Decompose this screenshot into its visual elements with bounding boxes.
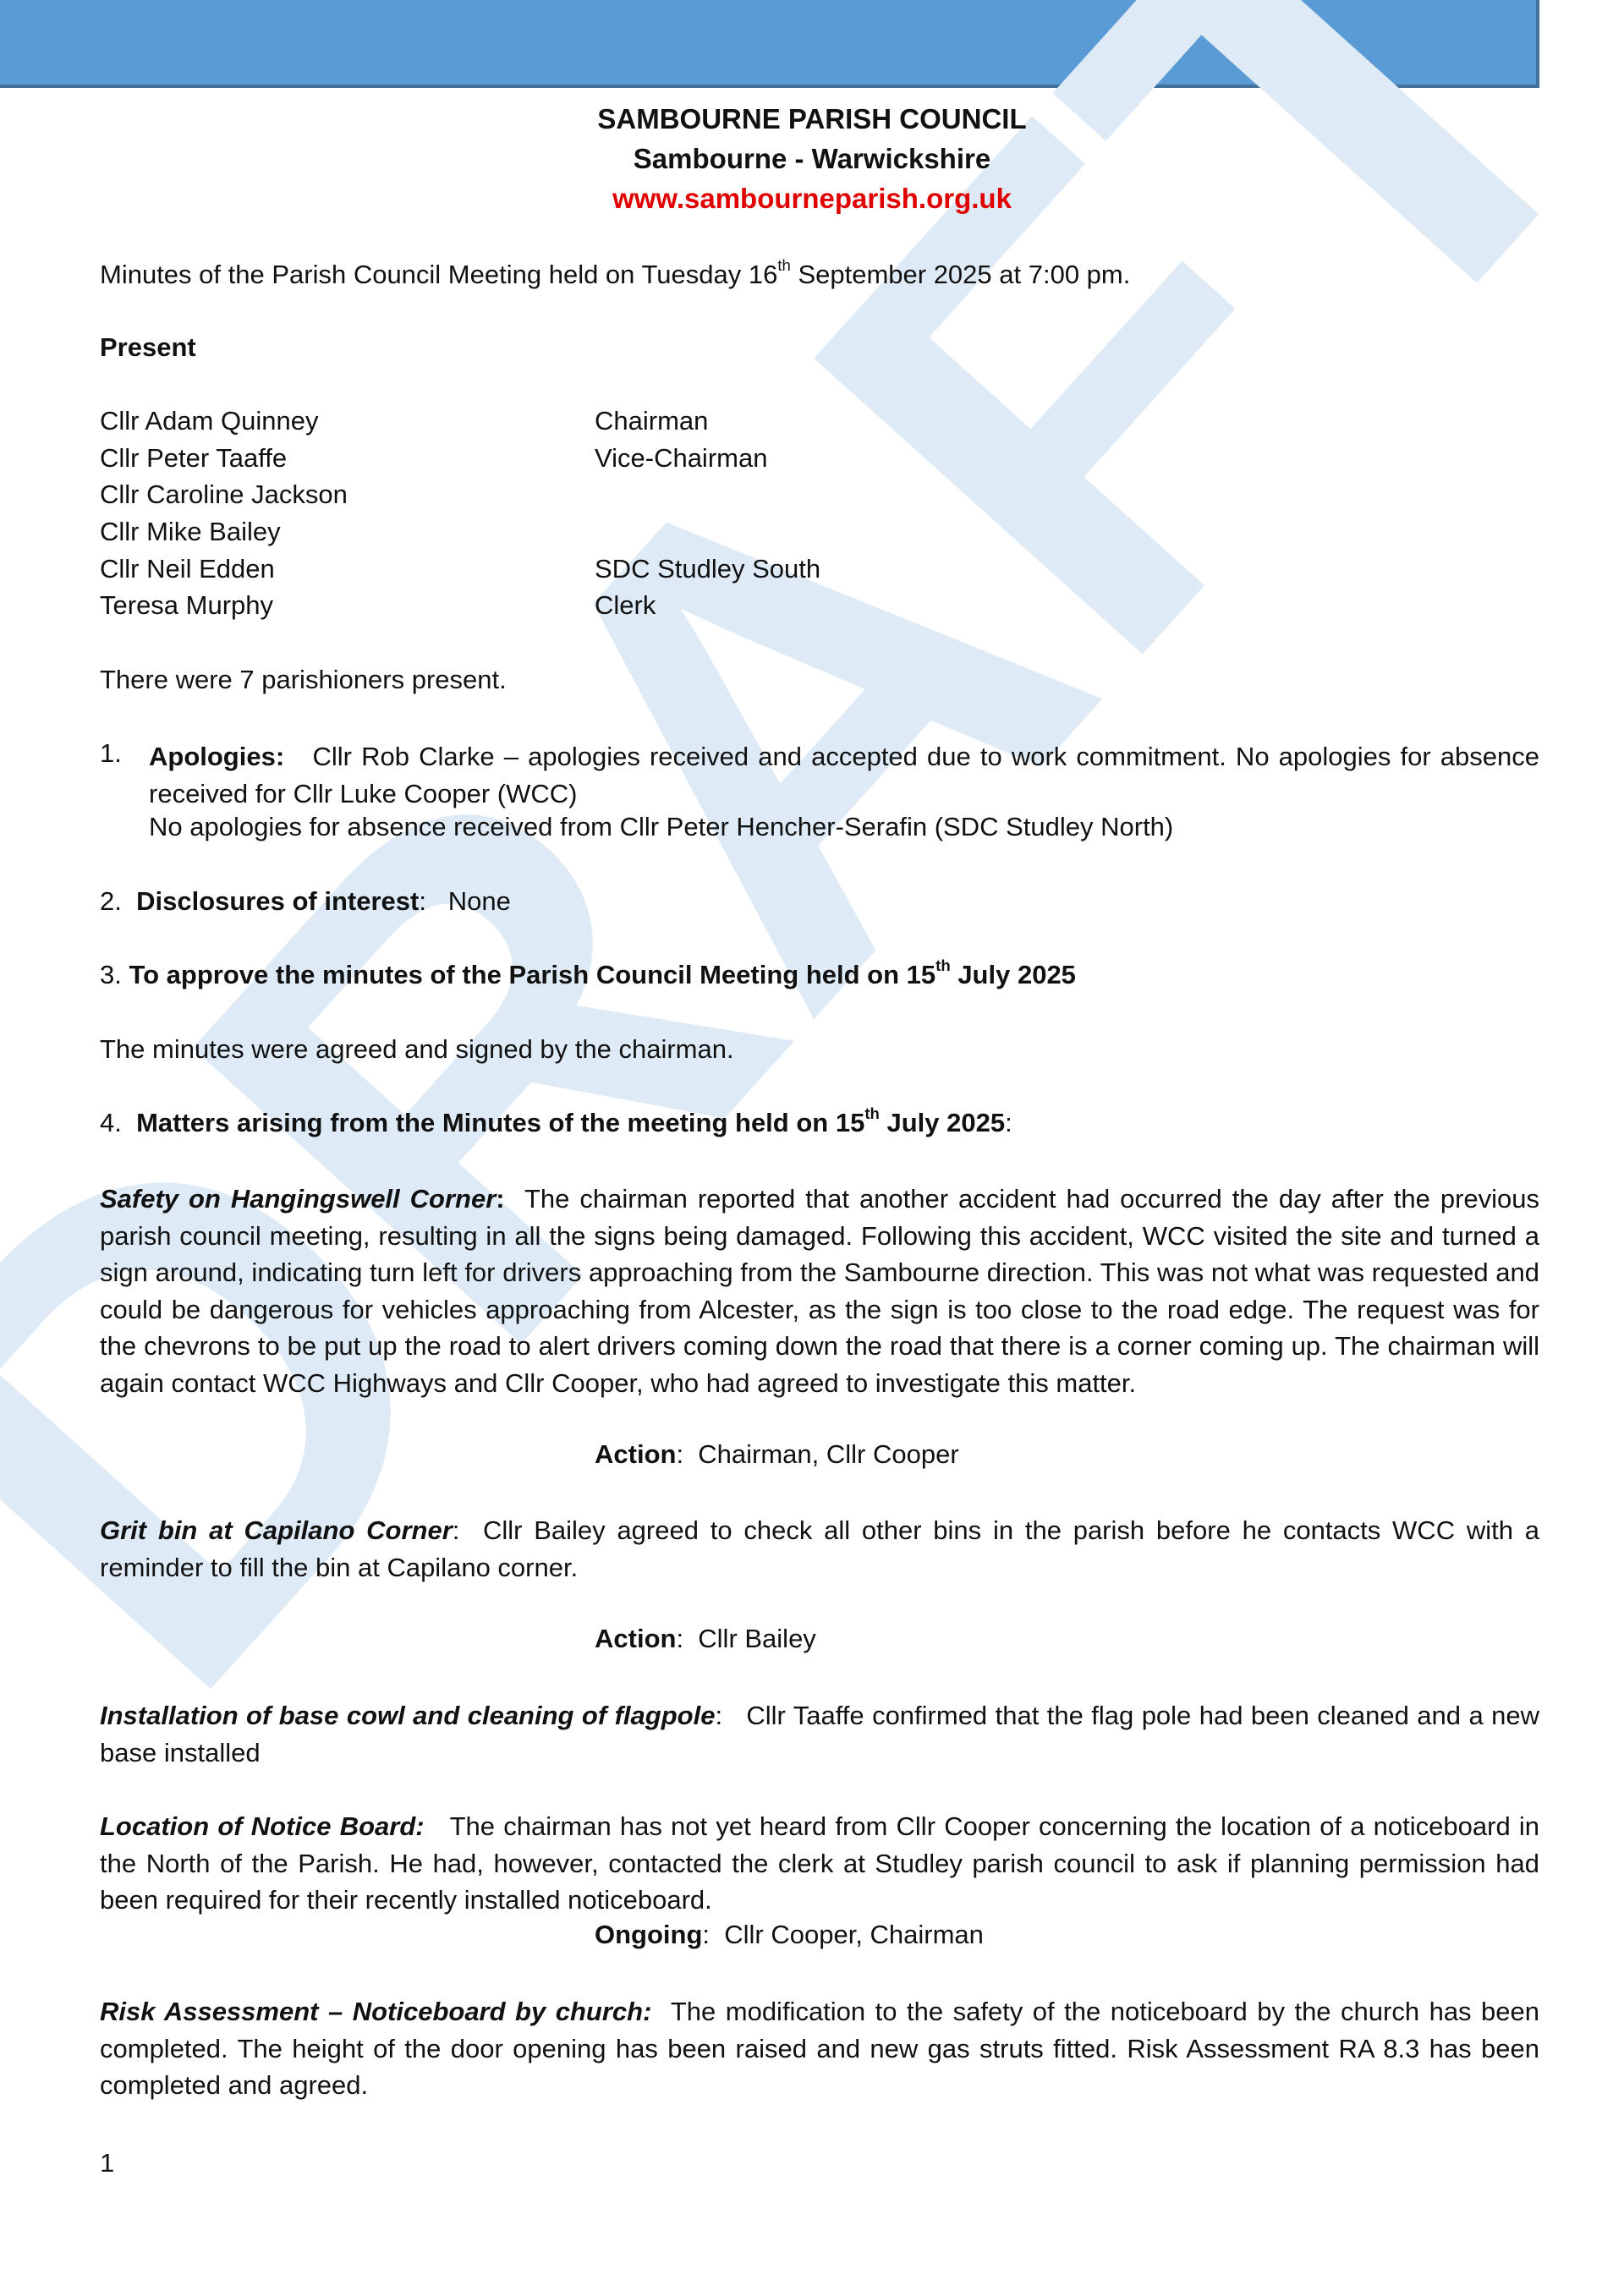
document-page: SAMBOURNE PARISH COUNCIL Sambourne - War…: [0, 0, 1624, 2296]
apologies-item: Apologies: Cllr Rob Clarke – apologies r…: [149, 738, 1539, 812]
section-safety-hangingswell: Safety on Hangingswell Corner: The chair…: [100, 1181, 1539, 1402]
present-heading: Present: [100, 332, 196, 363]
approve-minutes-sup: th: [935, 956, 951, 974]
section-title-suffix: :: [715, 1701, 722, 1730]
member-name: Cllr Neil Edden: [100, 554, 275, 584]
item-number: 3.: [100, 960, 122, 989]
member-name: Cllr Mike Bailey: [100, 517, 281, 547]
section-title: Grit bin at Capilano Corner: [100, 1515, 453, 1545]
section-action: Action: Chairman, Cllr Cooper: [595, 1439, 959, 1470]
section-title: Installation of base cowl and cleaning o…: [100, 1701, 715, 1730]
item-number: 2.: [100, 886, 122, 916]
approve-minutes-item: 3. To approve the minutes of the Parish …: [100, 960, 1076, 990]
section-risk-assessment: Risk Assessment – Noticeboard by church:…: [100, 1993, 1539, 2104]
ongoing-label: Ongoing: [595, 1920, 702, 1949]
section-body: The chairman reported that another accid…: [100, 1184, 1539, 1398]
matters-arising-sup: th: [864, 1104, 880, 1122]
approve-minutes-label: To approve the minutes of the Parish Cou…: [129, 960, 935, 989]
disclosures-label: Disclosures of interest: [136, 886, 419, 916]
parishioners-count: There were 7 parishioners present.: [100, 665, 507, 695]
intro-text: Minutes of the Parish Council Meeting he…: [100, 260, 777, 289]
member-role: Clerk: [595, 590, 656, 621]
approve-minutes-text: The minutes were agreed and signed by th…: [100, 1034, 734, 1065]
apologies-text-2: No apologies for absence received from C…: [149, 812, 1173, 842]
section-title-suffix: :: [496, 1184, 504, 1214]
matters-arising-label: Matters arising from the Minutes of the …: [136, 1108, 864, 1137]
section-title: Safety on Hangingswell Corner: [100, 1184, 496, 1214]
member-name: Cllr Adam Quinney: [100, 406, 318, 436]
approve-minutes-label-end: July 2025: [951, 960, 1076, 989]
section-flagpole: Installation of base cowl and cleaning o…: [100, 1697, 1539, 1771]
item-number: 4.: [100, 1108, 122, 1137]
item-number: 1.: [100, 738, 122, 769]
section-action: Action: Cllr Bailey: [595, 1624, 816, 1654]
ongoing-assignees: : Cllr Cooper, Chairman: [702, 1920, 984, 1949]
member-name: Cllr Caroline Jackson: [100, 479, 348, 510]
meeting-intro: Minutes of the Parish Council Meeting he…: [100, 260, 1130, 290]
intro-text-end: September 2025 at 7:00 pm.: [791, 260, 1131, 289]
org-name: SAMBOURNE PARISH COUNCIL: [0, 103, 1624, 135]
section-notice-board-location: Location of Notice Board: The chairman h…: [100, 1808, 1539, 1919]
member-role: Chairman: [595, 406, 708, 436]
disclosures-text: : None: [419, 886, 511, 916]
disclosures-item: 2. Disclosures of interest: None: [100, 886, 511, 917]
action-assignees: : Cllr Bailey: [676, 1624, 815, 1653]
intro-sup: th: [777, 256, 791, 274]
org-location: Sambourne - Warwickshire: [0, 143, 1624, 175]
action-assignees: : Chairman, Cllr Cooper: [676, 1439, 958, 1469]
section-grit-bin: Grit bin at Capilano Corner: Cllr Bailey…: [100, 1512, 1539, 1586]
matters-arising-suffix: :: [1005, 1108, 1012, 1137]
section-title: Location of Notice Board:: [100, 1811, 425, 1841]
section-title-suffix: :: [453, 1515, 460, 1545]
member-name: Teresa Murphy: [100, 590, 273, 621]
page-number: 1: [100, 2148, 114, 2178]
action-label: Action: [595, 1439, 676, 1469]
apologies-label: Apologies:: [149, 742, 284, 771]
member-name: Cllr Peter Taaffe: [100, 443, 287, 474]
apologies-text: Cllr Rob Clarke – apologies received and…: [149, 742, 1539, 808]
matters-arising-label-end: July 2025: [880, 1108, 1005, 1137]
website-link[interactable]: www.sambourneparish.org.uk: [0, 183, 1624, 215]
member-role: Vice-Chairman: [595, 443, 767, 474]
member-role: SDC Studley South: [595, 554, 820, 584]
section-title: Risk Assessment – Noticeboard by church:: [100, 1997, 651, 2026]
section-status: Ongoing: Cllr Cooper, Chairman: [595, 1920, 984, 1950]
matters-arising-item: 4. Matters arising from the Minutes of t…: [100, 1108, 1012, 1138]
action-label: Action: [595, 1624, 676, 1653]
